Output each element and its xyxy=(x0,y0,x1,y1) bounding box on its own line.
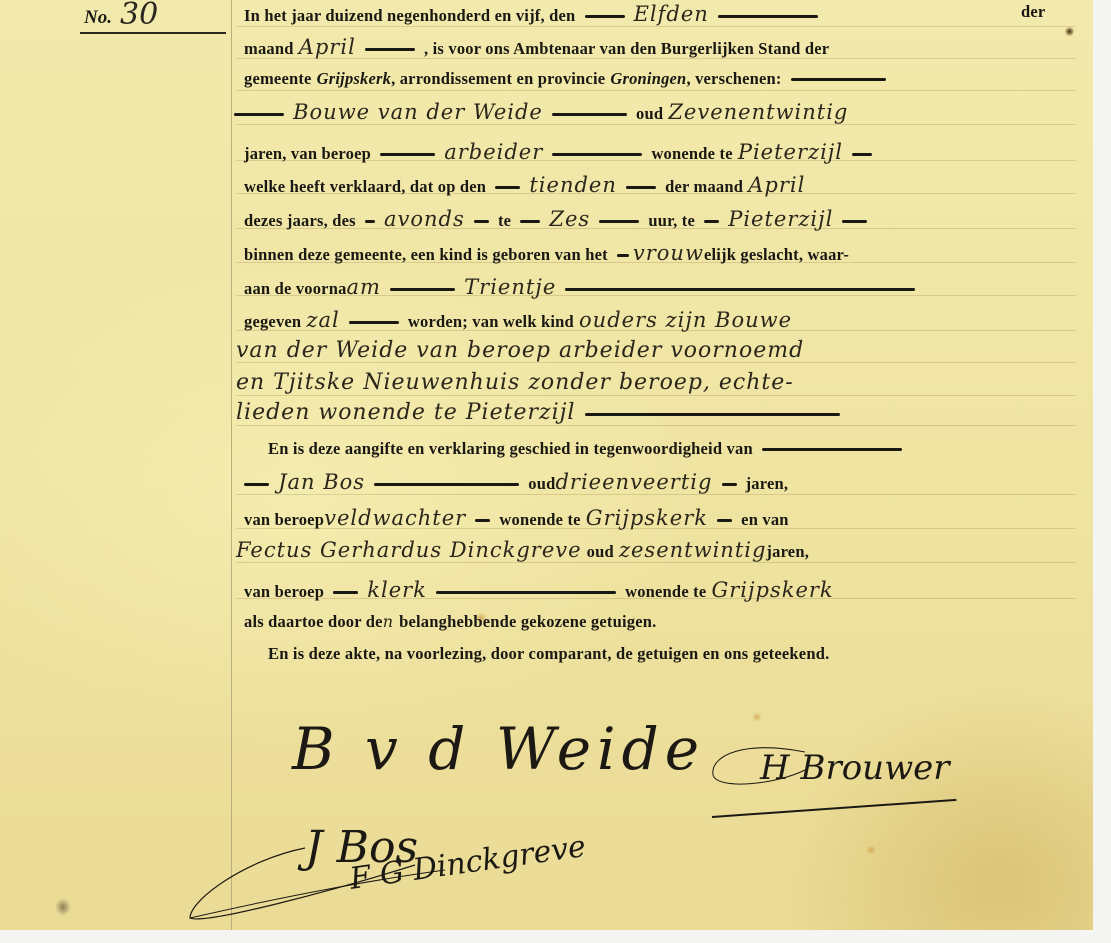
ink-spot xyxy=(1065,27,1074,36)
witness2-occupation: klerk xyxy=(367,578,427,602)
text-line-1: In het jaar duizend negenhonderd en vijf… xyxy=(244,2,1054,32)
text-line-2: maand April , is voor ons Ambtenaar van … xyxy=(244,35,1054,65)
text-line-10: gegeven zal worden; van welk kind ouders… xyxy=(244,308,1054,338)
handwritten-month: April xyxy=(299,35,356,59)
witness1-occupation: veldwachter xyxy=(324,506,466,530)
record-number: 30 xyxy=(120,0,158,32)
text-line-17: Fectus Gerhardus Dinckgreve oud zesentwi… xyxy=(236,538,1046,568)
witness1-age: drieenveertig xyxy=(555,470,712,494)
child-sex: vrouw xyxy=(633,241,704,265)
declarant-occupation: arbeider xyxy=(444,140,543,164)
record-number-label: No. xyxy=(84,7,112,29)
birth-hour: Zes xyxy=(549,207,590,231)
text-line-8: binnen deze gemeente, een kind is gebore… xyxy=(244,241,1054,271)
witness1-residence: Grijpskerk xyxy=(586,506,708,530)
signature-underline xyxy=(712,799,957,818)
declarant-name: Bouwe van der Weide xyxy=(293,100,543,124)
foxing-spot xyxy=(752,712,762,722)
text-line-11: van der Weide van beroep arbeider voorno… xyxy=(236,338,1046,368)
text-line-20: En is deze akte, na voorlezing, door com… xyxy=(268,644,1078,674)
municipality: Grijpskerk xyxy=(317,69,391,88)
text-line-19: als daartoe door den belanghebbende geko… xyxy=(244,612,1054,642)
witness2-name: Fectus Gerhardus Dinckgreve xyxy=(236,538,582,562)
signature-father: B v d Weide xyxy=(292,715,705,783)
text-line-3: gemeente Grijpskerk, arrondissement en p… xyxy=(244,69,1054,99)
witness1-name: Jan Bos xyxy=(278,470,365,494)
witness2-residence: Grijpskerk xyxy=(711,578,833,602)
text-line-13: lieden wonende te Pieterzijl xyxy=(236,400,1046,430)
record-number-rule xyxy=(80,32,226,34)
text-line-12: en Tjitske Nieuwenhuis zonder beroep, ec… xyxy=(236,370,1046,400)
declarant-residence: Pieterzijl xyxy=(738,140,843,164)
signature-flourish xyxy=(185,840,485,930)
foxing-spot xyxy=(866,845,876,855)
witness2-age: zesentwintig xyxy=(619,538,766,562)
document-page: No. 30 In het jaar duizend negenhonderd … xyxy=(0,0,1093,930)
text-line-14: En is deze aangifte en verklaring geschi… xyxy=(268,439,1078,469)
text-line-6: welke heeft verklaard, dat op den tiende… xyxy=(244,173,1054,203)
text-line-4: Bouwe van der Weide oud Zevenentwintig xyxy=(230,100,1040,130)
margin-rule xyxy=(231,0,232,930)
text-line-18: van beroep klerk wonende te Grijpskerk xyxy=(244,578,1054,608)
declarant-age: Zevenentwintig xyxy=(668,100,848,124)
text-line-7: dezes jaars, des avonds te Zes uur, te P… xyxy=(244,207,1054,237)
province: Groningen xyxy=(610,69,686,88)
text-line-16: van beroepveldwachter wonende te Grijpsk… xyxy=(244,506,1054,536)
text-line-5: jaren, van beroep arbeider wonende te Pi… xyxy=(244,140,1054,170)
foxing-spot xyxy=(55,898,71,916)
handwritten-day: Elfden xyxy=(634,2,709,26)
signature-flourish xyxy=(705,730,825,790)
birth-day: tienden xyxy=(529,173,617,197)
child-name: Trientje xyxy=(464,275,556,299)
birth-time-of-day: avonds xyxy=(384,207,465,231)
birth-month: April xyxy=(748,173,805,197)
text-line-9: aan de voornaam Trientje xyxy=(244,275,1054,305)
birth-place: Pieterzijl xyxy=(728,207,833,231)
parents-text: ouders zijn Bouwe xyxy=(579,308,792,332)
text-line-15: Jan Bos ouddrieenveertig jaren, xyxy=(240,470,1050,500)
